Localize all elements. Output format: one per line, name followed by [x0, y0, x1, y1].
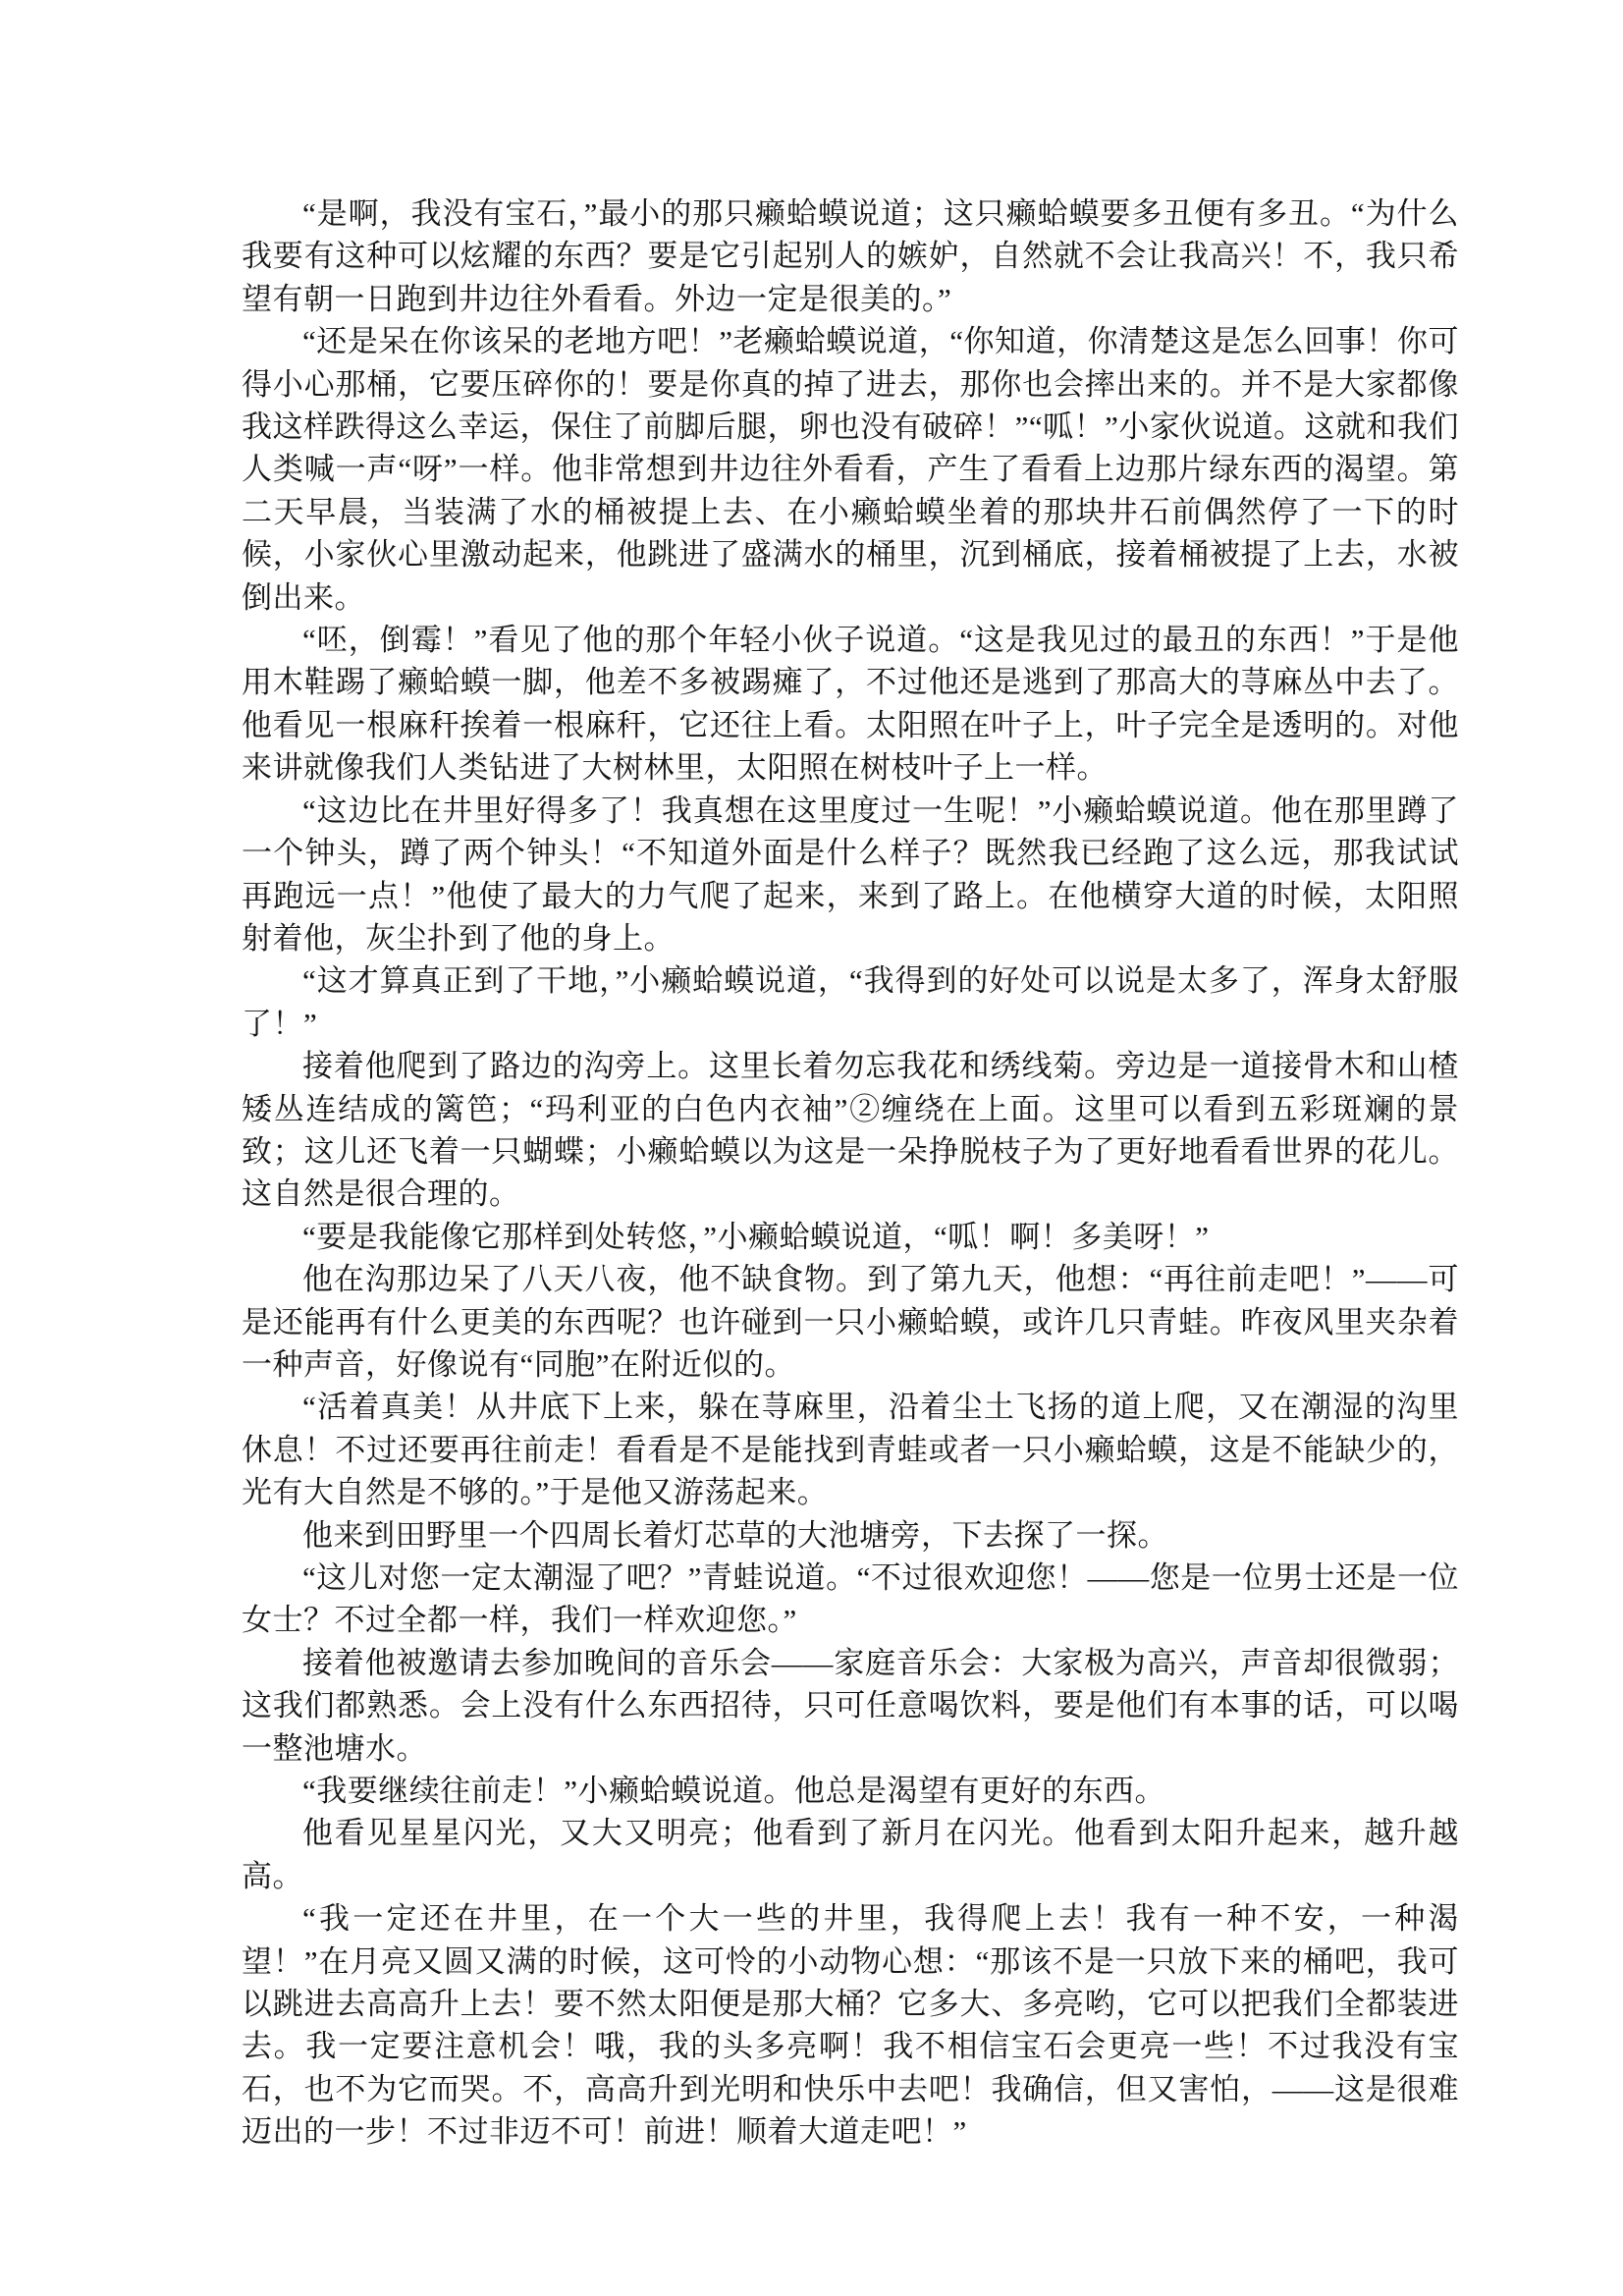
document-page: “是啊，我没有宝石，”最小的那只癞蛤蟆说道；这只癞蛤蟆要多丑便有多丑。“为什么我…: [0, 0, 1623, 2296]
paragraph: 接着他被邀请去参加晚间的音乐会——家庭音乐会：大家极为高兴，声音却很微弱；这我们…: [242, 1642, 1459, 1770]
story-text-block: “是啊，我没有宝石，”最小的那只癞蛤蟆说道；这只癞蛤蟆要多丑便有多丑。“为什么我…: [242, 192, 1459, 2154]
paragraph: “还是呆在你该呆的老地方吧！”老癞蛤蟆说道，“你知道，你清楚这是怎么回事！你可得…: [242, 320, 1459, 619]
paragraph: “这儿对您一定太潮湿了吧？”青蛙说道。“不过很欢迎您！——您是一位男士还是一位女…: [242, 1557, 1459, 1642]
paragraph: “这边比在井里好得多了！我真想在这里度过一生呢！”小癞蛤蟆说道。他在那里蹲了一个…: [242, 790, 1459, 960]
paragraph: “呸，倒霉！”看见了他的那个年轻小伙子说道。“这是我见过的最丑的东西！”于是他用…: [242, 619, 1459, 790]
paragraph: 他来到田野里一个四周长着灯芯草的大池塘旁，下去探了一探。: [242, 1514, 1459, 1557]
paragraph: 他在沟那边呆了八天八夜，他不缺食物。到了第九天，他想：“再往前走吧！”——可是还…: [242, 1258, 1459, 1386]
paragraph: “这才算真正到了干地，”小癞蛤蟆说道，“我得到的好处可以说是太多了，浑身太舒服了…: [242, 959, 1459, 1045]
paragraph: 他看见星星闪光，又大又明亮；他看到了新月在闪光。他看到太阳升起来，越升越高。: [242, 1812, 1459, 1897]
paragraph: “我要继续往前走！”小癞蛤蟆说道。他总是渴望有更好的东西。: [242, 1770, 1459, 1812]
paragraph: 接着他爬到了路边的沟旁上。这里长着勿忘我花和绣线菊。旁边是一道接骨木和山楂矮丛连…: [242, 1045, 1459, 1216]
paragraph: “要是我能像它那样到处转悠，”小癞蛤蟆说道，“呱！啊！多美呀！”: [242, 1216, 1459, 1258]
paragraph: “活着真美！从井底下上来，躲在荨麻里，沿着尘土飞扬的道上爬，又在潮湿的沟里休息！…: [242, 1386, 1459, 1513]
paragraph: “我一定还在井里，在一个大一些的井里，我得爬上去！我有一种不安，一种渴望！”在月…: [242, 1897, 1459, 2153]
paragraph: “是啊，我没有宝石，”最小的那只癞蛤蟆说道；这只癞蛤蟆要多丑便有多丑。“为什么我…: [242, 192, 1459, 320]
